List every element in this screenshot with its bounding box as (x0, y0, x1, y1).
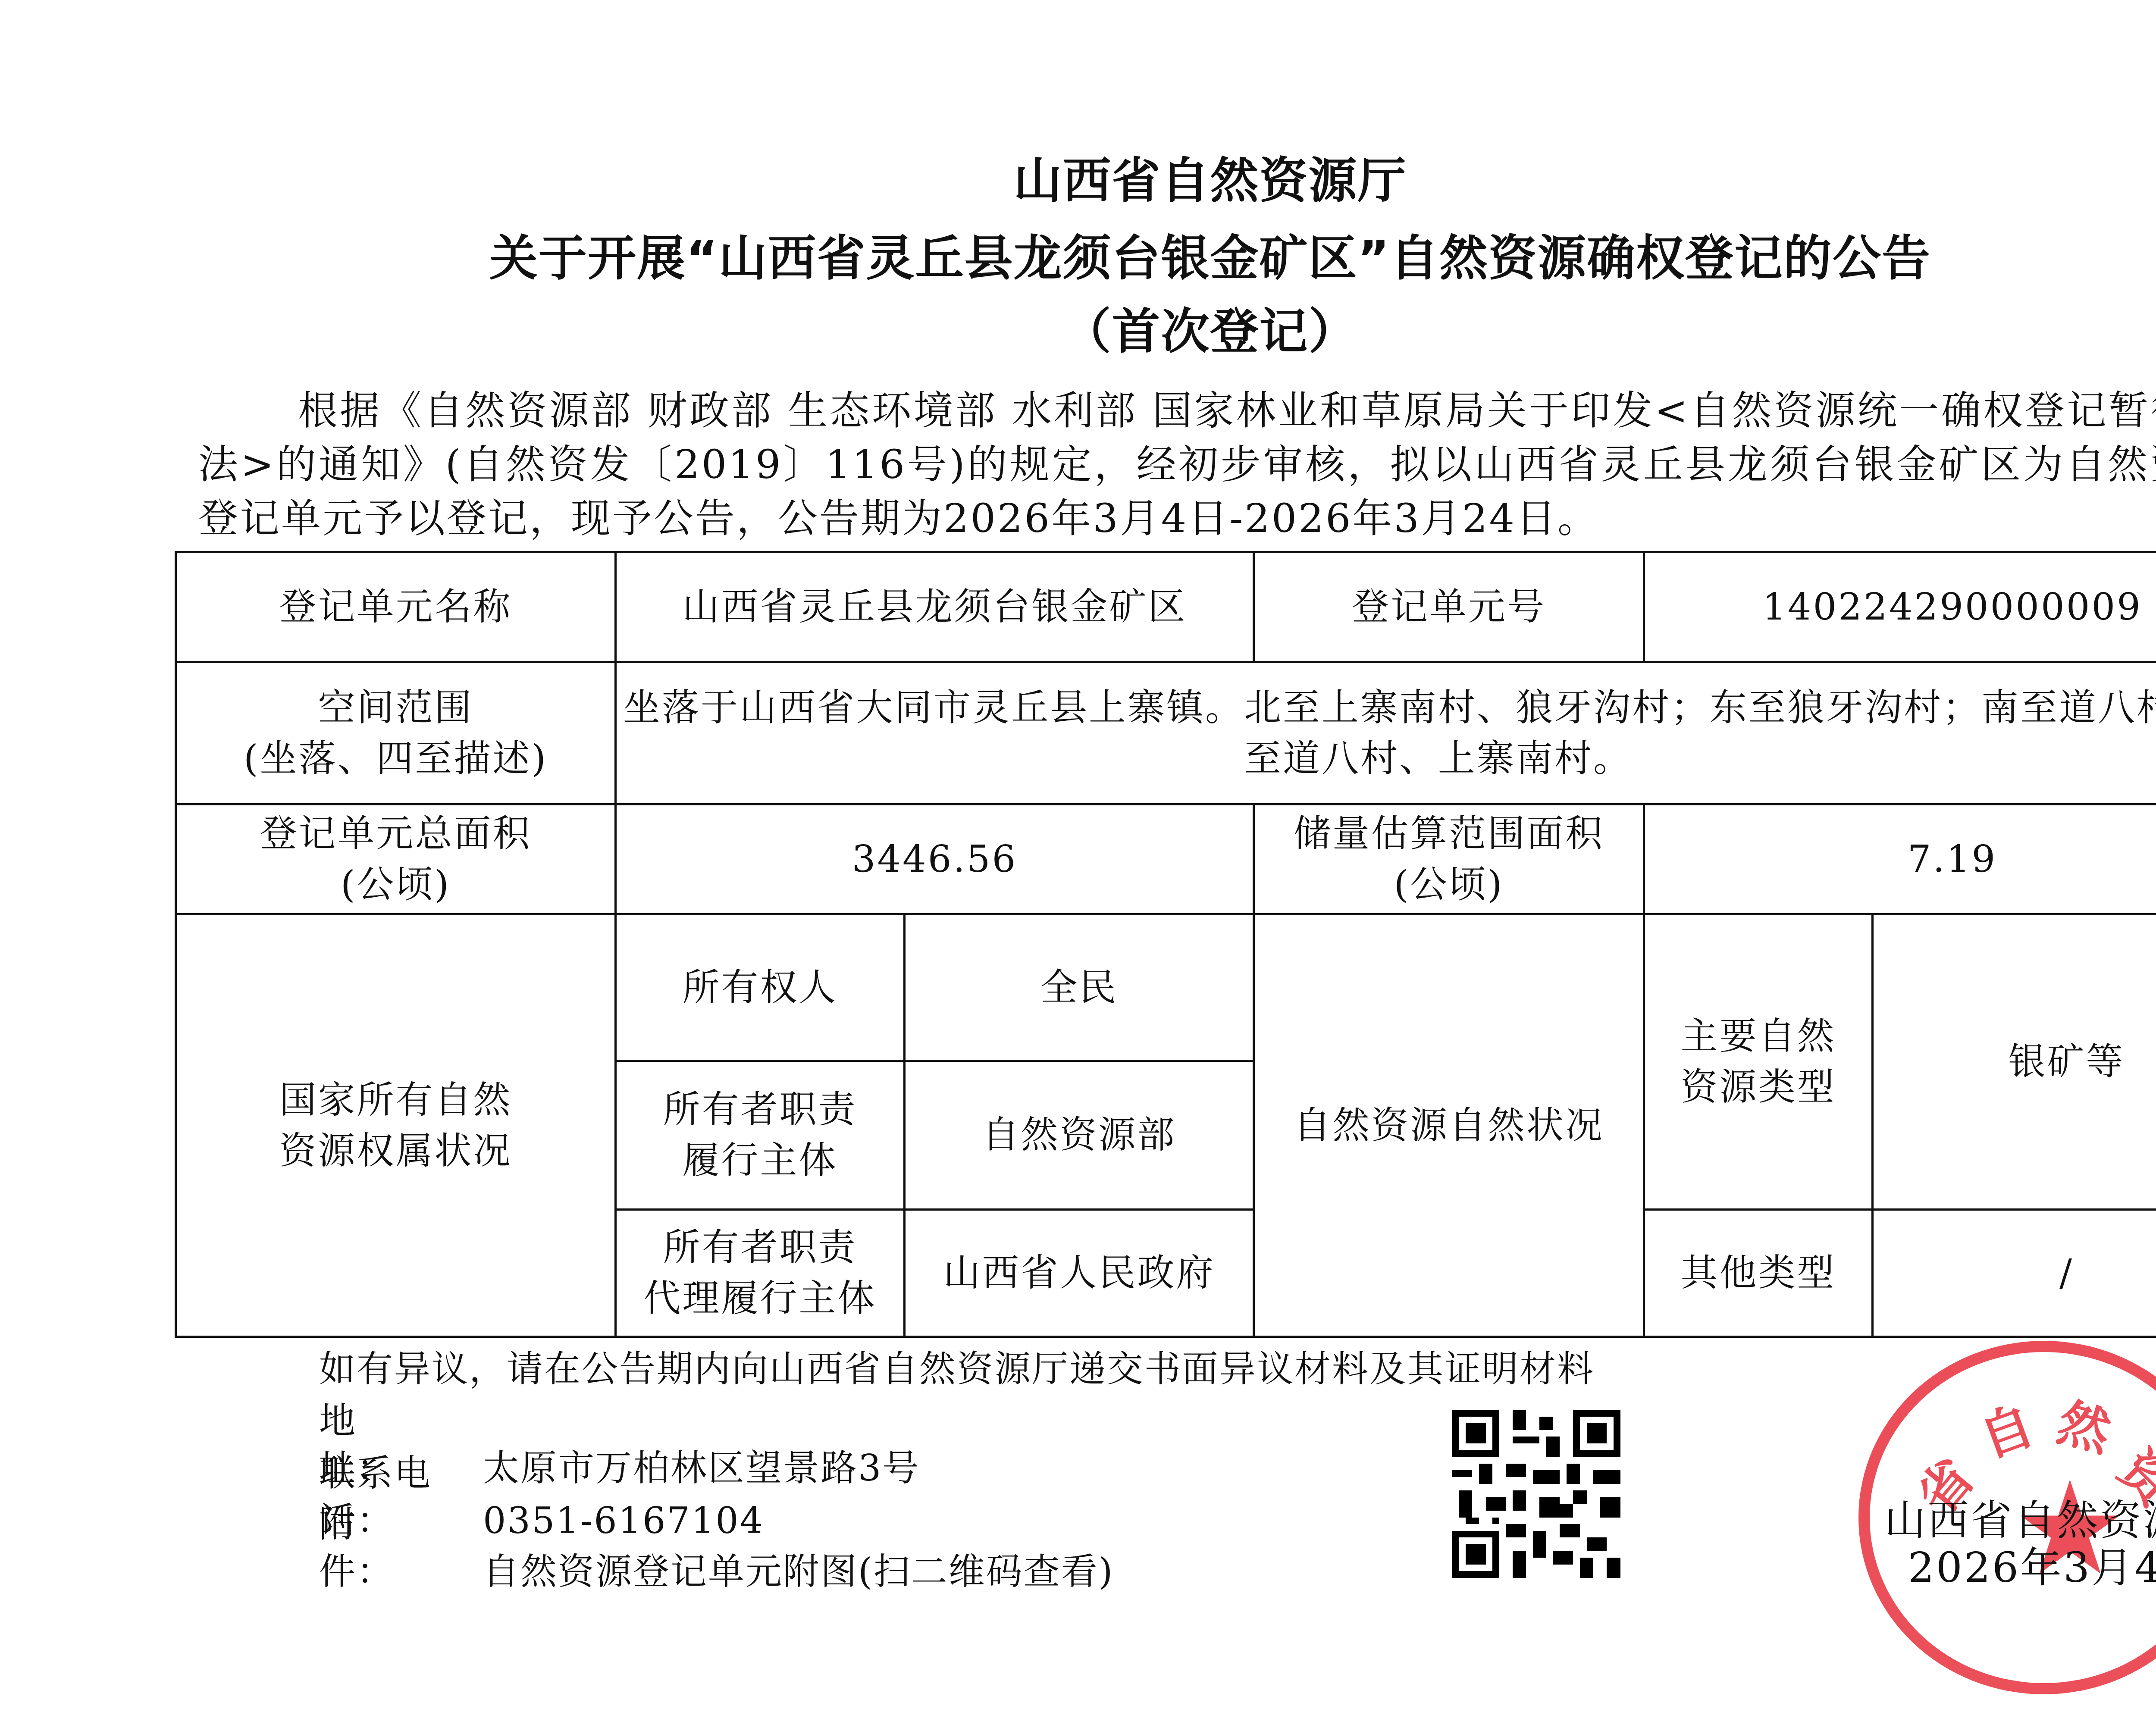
notice-title: 关于开展“山西省灵丘县龙须台银金矿区”自然资源确权登记的公告 (0, 220, 2156, 289)
duty-value: 自然资源部 (905, 1061, 1254, 1210)
ownership-label: 国家所有自然资源权属状况 (176, 914, 616, 1337)
attachment-line: 附 件：自然资源登记单元附图(扫二维码查看) (319, 1500, 1114, 1595)
unit-no-label: 登记单元号 (1254, 552, 1644, 662)
total-area-value: 3446.56 (616, 804, 1254, 914)
nature-label: 自然资源自然状况 (1254, 914, 1644, 1337)
scope-label: 空间范围(坐落、四至描述) (176, 662, 616, 804)
total-area-label: 登记单元总面积(公顷) (176, 804, 616, 914)
unit-no-value: 140224290000009 (1644, 552, 2156, 662)
main-type-label: 主要自然资源类型 (1644, 914, 1873, 1210)
org-title: 山西省自然资源厅 (0, 142, 2156, 212)
duty-label: 所有者职责履行主体 (616, 1061, 905, 1210)
signature-date: 2026年3月4日 (1854, 1535, 2156, 1594)
main-type-value: 银矿等 (1873, 914, 2156, 1210)
unit-name-label: 登记单元名称 (176, 552, 616, 662)
owner-value: 全民 (905, 914, 1254, 1061)
scope-value: 坐落于山西省大同市灵丘县上寨镇。北至上寨南村、狼牙沟村；东至狼牙沟村；南至道八村… (616, 662, 2156, 804)
other-type-label: 其他类型 (1644, 1210, 1873, 1337)
reserve-area-value: 7.19 (1644, 804, 2156, 914)
registration-table: 登记单元名称 山西省灵丘县龙须台银金矿区 登记单元号 1402242900000… (175, 551, 2156, 1338)
reserve-area-label: 储量估算范围面积(公顷) (1254, 804, 1644, 914)
agent-value: 山西省人民政府 (905, 1210, 1254, 1337)
owner-label: 所有权人 (616, 914, 905, 1061)
unit-name-value: 山西省灵丘县龙须台银金矿区 (616, 552, 1254, 662)
agent-label: 所有者职责代理履行主体 (616, 1210, 905, 1337)
other-type-value: / (1873, 1210, 2156, 1337)
intro-paragraph: 根据《自然资源部 财政部 生态环境部 水利部 国家林业和草原局关于印发<自然资源… (198, 384, 2156, 545)
intro-text: 根据《自然资源部 财政部 生态环境部 水利部 国家林业和草原局关于印发<自然资源… (198, 388, 2156, 541)
objection-note: 如有异议，请在公告期内向山西省自然资源厅递交书面异议材料及其证明材料 (319, 1345, 1595, 1393)
qr-code-icon[interactable] (1451, 1410, 1621, 1578)
notice-subtitle: （首次登记） (0, 293, 2156, 363)
